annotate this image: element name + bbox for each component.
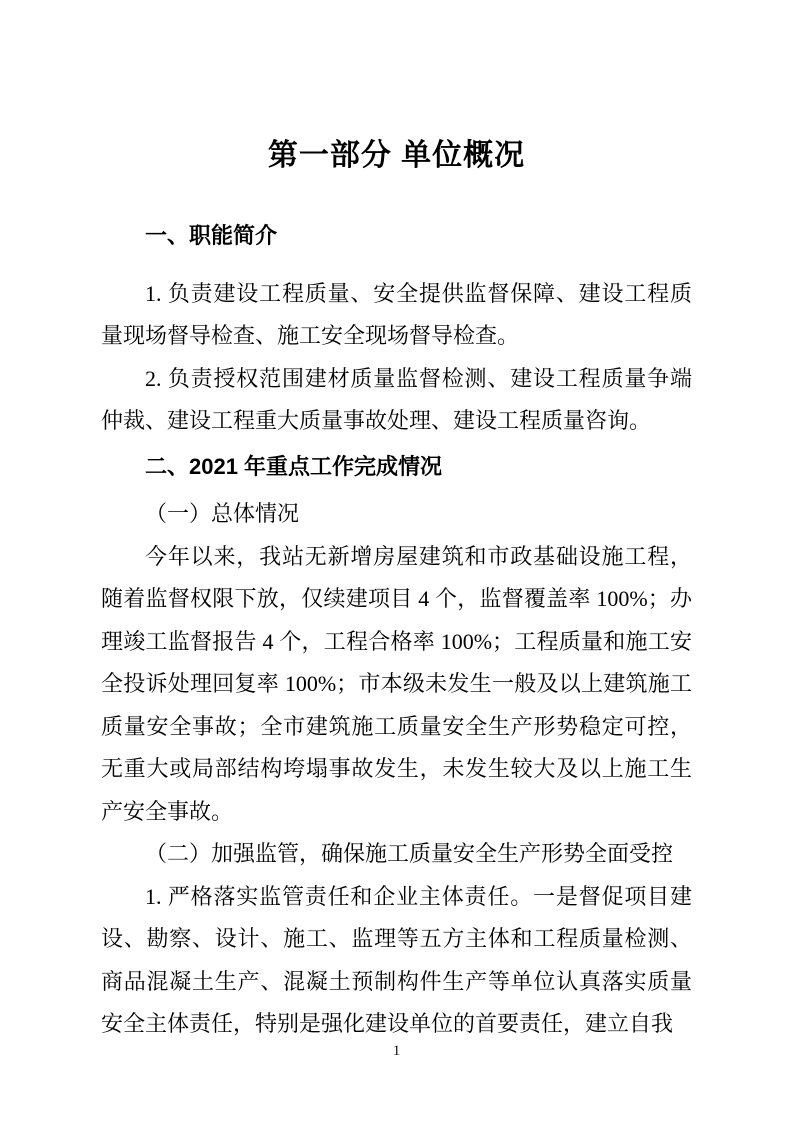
heading-key-work-2021: 二、2021 年重点工作完成情况 xyxy=(101,446,692,489)
document-title: 第一部分 单位概况 xyxy=(101,132,692,180)
page-number: 1 xyxy=(0,1042,793,1060)
paragraph-supervision-detail: 1. 严格落实监管责任和企业主体责任。一是督促项目建设、勘察、设计、施工、监理等… xyxy=(101,876,692,1046)
subheading-strengthen-supervision: （二）加强监管，确保施工质量安全生产形势全面受控 xyxy=(101,833,692,876)
subheading-overall-situation: （一）总体情况 xyxy=(101,493,692,536)
paragraph-duty-1: 1. 负责建设工程质量、安全提供监督保障、建设工程质量现场督导检查、施工安全现场… xyxy=(101,273,692,358)
document-page: 第一部分 单位概况 一、职能简介 1. 负责建设工程质量、安全提供监督保障、建设… xyxy=(0,0,793,1122)
paragraph-duty-2: 2. 负责授权范围建材质量监督检测、建设工程质量争端仲裁、建设工程重大质量事故处… xyxy=(101,358,692,443)
heading-functions-intro: 一、职能简介 xyxy=(101,215,692,258)
paragraph-overall-situation: 今年以来，我站无新增房屋建筑和市政基础设施工程，随着监督权限下放，仅续建项目 4… xyxy=(101,536,692,834)
